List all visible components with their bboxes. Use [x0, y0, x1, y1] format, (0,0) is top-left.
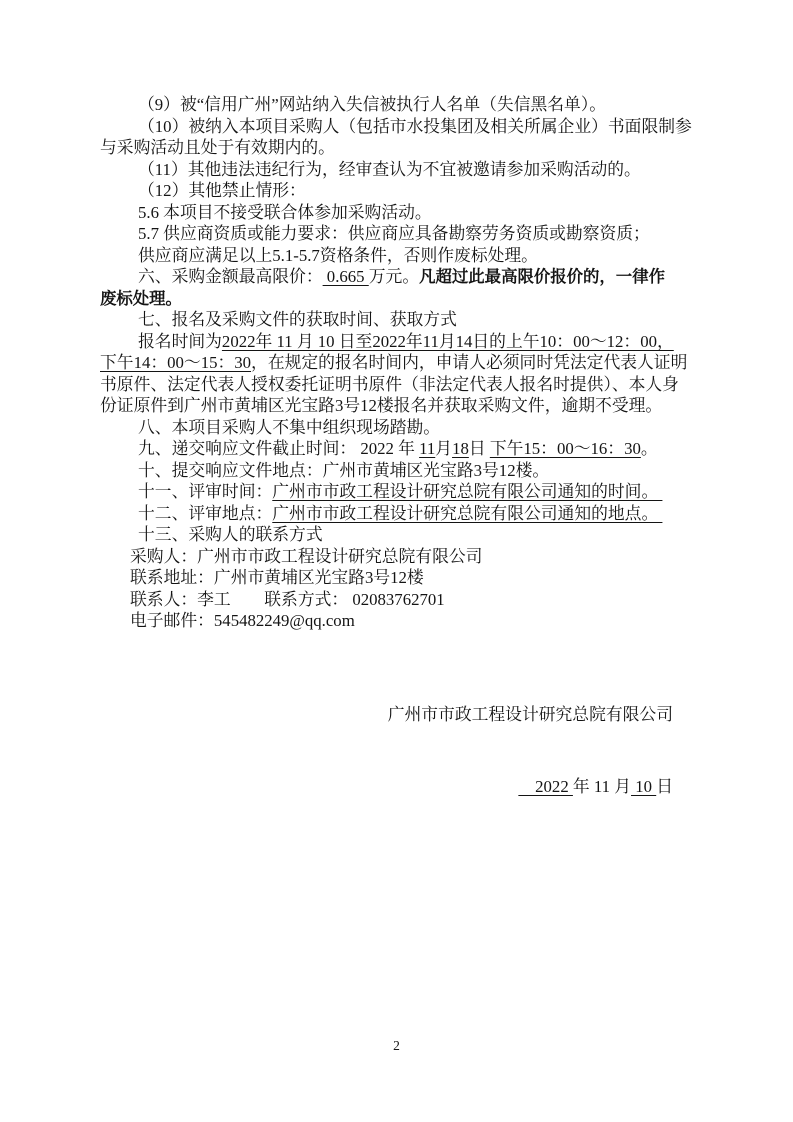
text-line: 联系人：李工 联系方式： 02083762701 — [100, 589, 700, 611]
text-line: 联系地址：广州市黄埔区光宝路3号12楼 — [100, 567, 700, 589]
text-segment: 下午14：00～15：30 — [100, 353, 251, 372]
text-segment: 万元。 — [369, 267, 419, 286]
signature-block: 广州市市政工程设计研究总院有限公司 2022 年 11 月 10 日 — [388, 655, 673, 847]
text-segment: 十二、评审地点： — [138, 504, 272, 523]
signature-date: 2022 年 11 月 10 日 — [388, 775, 673, 799]
text-line: 电子邮件：545482249@qq.com — [100, 610, 700, 632]
document-body: （9）被“信用广州”网站纳入失信被执行人名单（失信黑名单）。（10）被纳入本项目… — [100, 94, 700, 632]
signature-company: 广州市市政工程设计研究总院有限公司 — [388, 703, 673, 727]
text-line: （12）其他禁止情形： — [100, 180, 700, 202]
text-segment: 2022 — [518, 777, 573, 796]
text-line: 十二、评审地点：广州市市政工程设计研究总院有限公司通知的地点。 — [100, 503, 700, 525]
text-line: 十三、采购人的联系方式 — [100, 524, 700, 546]
text-segment: 日 — [656, 777, 673, 796]
text-segment: 下午15：00～16：30 — [490, 439, 641, 458]
text-line: 5.7 供应商资质或能力要求：供应商应具备勘察劳务资质或勘察资质； — [100, 223, 700, 245]
text-segment: 九、递交响应文件截止时间： 2022 年 — [138, 439, 419, 458]
text-line: 与采购活动且处于有效期内的。 — [100, 137, 700, 159]
text-line: 下午14：00～15：30，在规定的报名时间内，申请人必须同时凭法定代表人证明 — [100, 352, 700, 374]
text-segment: 0.665 — [323, 267, 369, 286]
text-segment: 联系人：李工 联系方式： 02083762701 — [130, 590, 445, 609]
text-segment: 采购人：广州市市政工程设计研究总院有限公司 — [130, 547, 482, 566]
text-segment: 5.7 供应商资质或能力要求：供应商应具备勘察劳务资质或勘察资质； — [138, 224, 650, 243]
text-segment: 七、报名及采购文件的获取时间、获取方式 — [138, 310, 457, 329]
text-line: （10）被纳入本项目采购人（包括市水投集团及相关所属企业）书面限制参 — [100, 116, 700, 138]
text-line: 八、本项目采购人不集中组织现场踏勘。 — [100, 417, 700, 439]
text-segment: 供应商应满足以上5.1-5.7资格条件，否则作废标处理。 — [138, 246, 538, 265]
text-segment: 。 — [641, 439, 658, 458]
text-line: 份证原件到广州市黄埔区光宝路3号12楼报名并获取采购文件，逾期不受理。 — [100, 395, 700, 417]
text-segment: 联系地址：广州市黄埔区光宝路3号12楼 — [130, 568, 424, 587]
text-segment: 18 — [452, 439, 469, 458]
text-segment: （12）其他禁止情形： — [138, 181, 306, 200]
document-page: （9）被“信用广州”网站纳入失信被执行人名单（失信黑名单）。（10）被纳入本项目… — [0, 0, 793, 1122]
text-segment: 日 — [469, 439, 490, 458]
text-segment: 电子邮件：545482249@qq.com — [130, 611, 355, 630]
text-segment: （10）被纳入本项目采购人（包括市水投集团及相关所属企业）书面限制参 — [138, 117, 692, 136]
text-segment: 年 11 月 — [573, 777, 631, 796]
text-line: 书原件、法定代表人授权委托证明书原件（非法定代表人报名时提供）、本人身 — [100, 374, 700, 396]
text-segment: 5.6 本项目不接受联合体参加采购活动。 — [138, 203, 432, 222]
text-line: 十一、评审时间：广州市市政工程设计研究总院有限公司通知的时间。 — [100, 481, 700, 503]
text-segment: 与采购活动且处于有效期内的。 — [100, 138, 335, 157]
text-segment: （9）被“信用广州”网站纳入失信被执行人名单（失信黑名单）。 — [138, 95, 606, 114]
text-segment: 10 — [631, 777, 656, 796]
text-segment: 十、提交响应文件地点：广州市黄埔区光宝路3号12楼。 — [138, 461, 549, 480]
text-line: 5.6 本项目不接受联合体参加采购活动。 — [100, 202, 700, 224]
text-segment: 11 — [419, 439, 435, 458]
text-line: 六、采购金额最高限价： 0.665 万元。凡超过此最高限价报价的，一律作 — [100, 266, 700, 288]
text-segment: 份证原件到广州市黄埔区光宝路3号12楼报名并获取采购文件，逾期不受理。 — [100, 396, 662, 415]
text-segment: 十三、采购人的联系方式 — [138, 525, 323, 544]
text-segment: 月 — [435, 439, 452, 458]
text-line: （9）被“信用广州”网站纳入失信被执行人名单（失信黑名单）。 — [100, 94, 700, 116]
text-segment: 八、本项目采购人不集中组织现场踏勘。 — [138, 418, 440, 437]
text-line: 九、递交响应文件截止时间： 2022 年 11月18日 下午15：00～16：3… — [100, 438, 700, 460]
text-segment: ，在规定的报名时间内，申请人必须同时凭法定代表人证明 — [251, 353, 687, 372]
text-segment: （11）其他违法违纪行为，经审查认为不宜被邀请参加采购活动的。 — [138, 160, 641, 179]
text-line: 采购人：广州市市政工程设计研究总院有限公司 — [100, 546, 700, 568]
text-line: 供应商应满足以上5.1-5.7资格条件，否则作废标处理。 — [100, 245, 700, 267]
page-number: 2 — [0, 1038, 793, 1054]
text-segment: 十一、评审时间： — [138, 482, 272, 501]
text-segment: 报名时间为 — [138, 332, 222, 351]
text-segment: 广州市市政工程设计研究总院有限公司通知的地点。 — [272, 504, 662, 523]
text-segment: 广州市市政工程设计研究总院有限公司通知的时间。 — [272, 482, 662, 501]
text-line: 报名时间为2022年 11 月 10 日至2022年11月14日的上午10：00… — [100, 331, 700, 353]
text-segment: 2022年 11 月 10 日至2022年11月14日的上午10：00～12：0… — [222, 332, 674, 351]
text-line: 七、报名及采购文件的获取时间、获取方式 — [100, 309, 700, 331]
text-line: 废标处理。 — [100, 288, 700, 310]
text-segment: 书原件、法定代表人授权委托证明书原件（非法定代表人报名时提供）、本人身 — [100, 375, 679, 394]
text-line: （11）其他违法违纪行为，经审查认为不宜被邀请参加采购活动的。 — [100, 159, 700, 181]
text-line: 十、提交响应文件地点：广州市黄埔区光宝路3号12楼。 — [100, 460, 700, 482]
text-segment: 六、采购金额最高限价： — [138, 267, 323, 286]
text-segment: 废标处理。 — [100, 290, 182, 308]
text-segment: 凡超过此最高限价报价的，一律作 — [419, 268, 665, 286]
